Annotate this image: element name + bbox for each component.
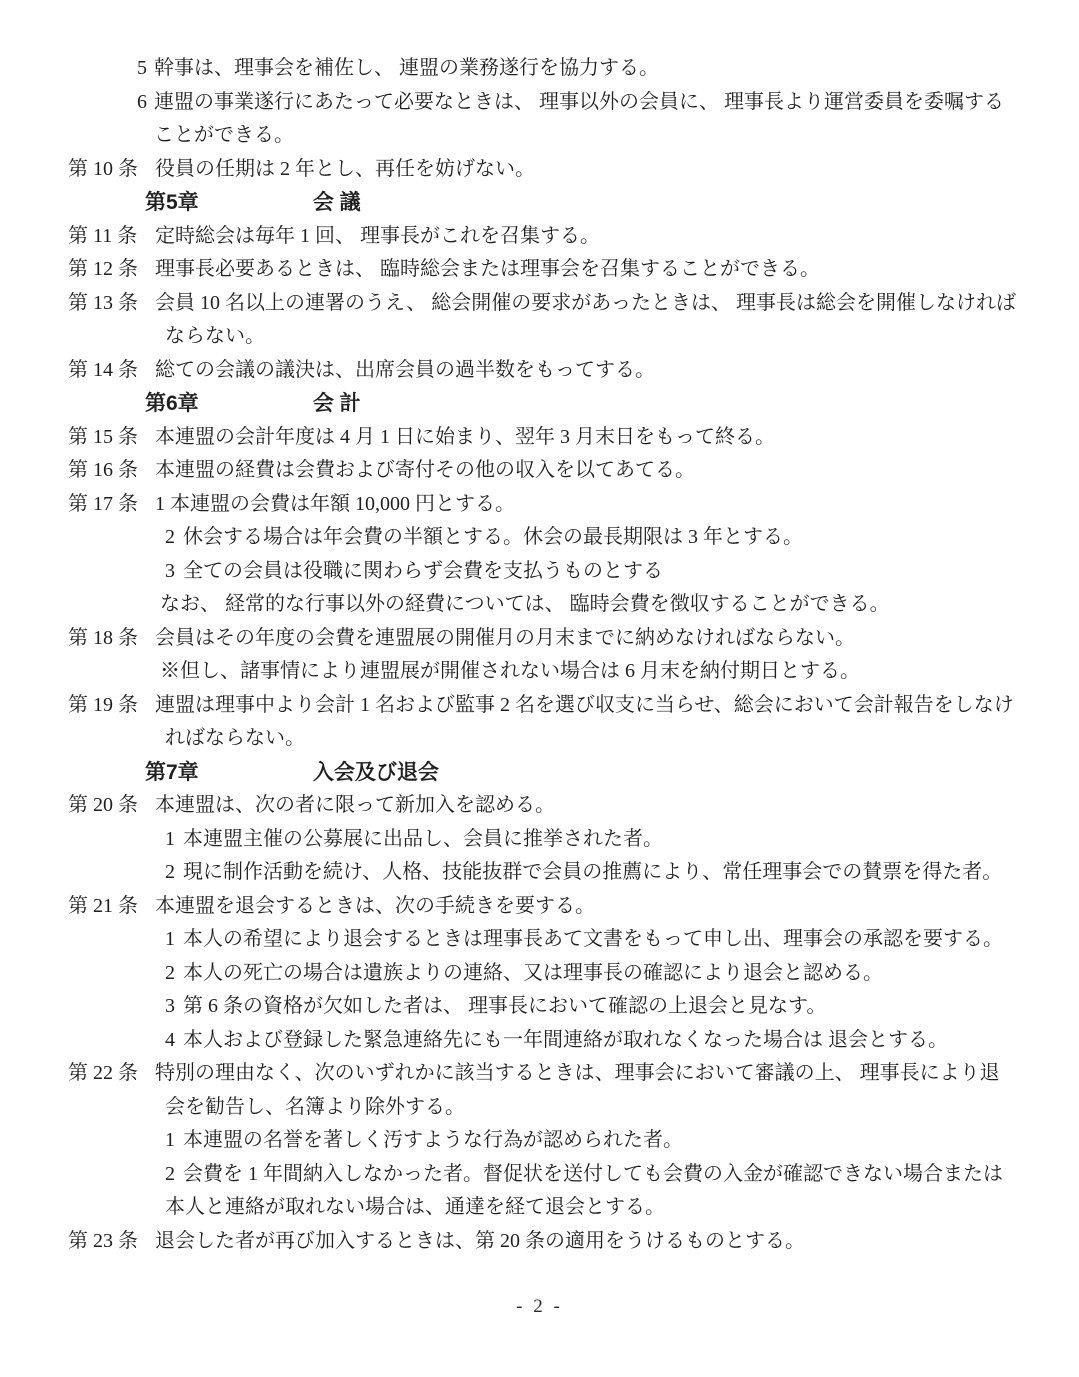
clause-item-number: 6 [137, 91, 147, 113]
article-line: 第 16 条 本連盟の経費は会費および寄付その他の収入を以てあてる。 [68, 454, 1016, 488]
article-line: 第 14 条 総ての会議の議決は、出席会員の過半数をもってする。 [68, 354, 1016, 388]
page-number: - 2 - [0, 1296, 1079, 1318]
article-number: 第 13 条 [68, 287, 155, 321]
article-number: 第 12 条 [68, 253, 155, 287]
article-line: 第 22 条 特別の理由なく、次のいずれかに該当するときは、理事会において審議の… [68, 1057, 1016, 1124]
clause-item-line: 2本人の死亡の場合は遺族よりの連絡、又は理事長の確認により退会と認める。 [165, 957, 1016, 991]
article-number: 第 15 条 [68, 421, 155, 455]
article-number: 第 10 条 [68, 153, 155, 187]
clause-item-number: 2 [165, 962, 175, 984]
chapter-label: 第5章 [145, 186, 307, 220]
clause-item-line: 1本連盟主催の公募展に出品し、会員に推挙された者。 [165, 823, 1016, 857]
clause-item-number: 3 [165, 560, 175, 582]
note-line: ※但し、諸事情により連盟展が開催されない場合は 6 月末を納付期日とする。 [160, 655, 1016, 689]
clause-item-text: 本連盟の名誉を著しく汚すような行為が認められた者。 [183, 1129, 683, 1151]
clause-item-text: 連盟の事業遂行にあたって必要なときは、 理事以外の会員に、 理事長より運営委員を… [154, 91, 1004, 147]
clause-item-text: 第 6 条の資格が欠如した者は、 理事長において確認の上退会と見なす。 [183, 995, 826, 1017]
article-number: 第 19 条 [68, 689, 155, 723]
clause-item-number: 2 [165, 861, 175, 883]
article-text: 定時総会は毎年 1 回、 理事長がこれを召集する。 [155, 220, 1016, 254]
article-line: 第 20 条 本連盟は、次の者に限って新加入を認める。 [68, 789, 1016, 823]
article-line: 第 15 条 本連盟の会計年度は 4 月 1 日に始まり、翌年 3 月末日をもっ… [68, 421, 1016, 455]
note-line: なお、 経常的な行事以外の経費については、 臨時会費を徴収することができる。 [160, 588, 1016, 622]
chapter-label: 第6章 [145, 387, 307, 421]
clause-item-line: 2会費を 1 年間納入しなかった者。督促状を送付しても会費の入金が確認できない場… [165, 1158, 1016, 1225]
article-text: 連盟は理事中より会計 1 名および監事 2 名を選び収支に当らせ、総会において会… [155, 689, 1016, 756]
article-text: 総ての会議の議決は、出席会員の過半数をもってする。 [155, 354, 1016, 388]
article-text: 退会した者が再び加入するときは、第 20 条の適用をうけるものとする。 [155, 1225, 1016, 1259]
article-text: 会員はその年度の会費を連盟展の開催月の月末までに納めなければならない。 [155, 622, 1016, 656]
article-line: 第 12 条 理事長必要あるときは、 臨時総会または理事会を召集することができる… [68, 253, 1016, 287]
article-number: 第 16 条 [68, 454, 155, 488]
clause-item-line: 6連盟の事業遂行にあたって必要なときは、 理事以外の会員に、 理事長より運営委員… [137, 86, 1016, 153]
clause-item-number: 1 [165, 928, 175, 950]
clause-item-text: 全ての会員は役職に関わらず会費を支払うものとする [183, 560, 663, 582]
article-line: 第 19 条 連盟は理事中より会計 1 名および監事 2 名を選び収支に当らせ、… [68, 689, 1016, 756]
clause-item-text: 本人および登録した緊急連絡先にも一年間連絡が取れなくなった場合は 退会とする。 [183, 1029, 948, 1051]
clause-item-number: 1 [165, 1129, 175, 1151]
article-number: 第 22 条 [68, 1057, 155, 1091]
note-text: ※但し、諸事情により連盟展が開催されない場合は 6 月末を納付期日とする。 [160, 660, 860, 682]
clause-item-line: 3第 6 条の資格が欠如した者は、 理事長において確認の上退会と見なす。 [165, 990, 1016, 1024]
article-line: 第 10 条 役員の任期は 2 年とし、再任を妨げない。 [68, 153, 1016, 187]
article-text: 役員の任期は 2 年とし、再任を妨げない。 [155, 153, 1016, 187]
article-text: 本連盟の経費は会費および寄付その他の収入を以てあてる。 [155, 454, 1016, 488]
article-line: 第 17 条 1 本連盟の会費は年額 10,000 円とする。 [68, 488, 1016, 522]
clause-item-text: 本人の希望により退会するときは理事長あて文書をもって申し出、理事会の承認を要する… [183, 928, 1003, 950]
clause-item-number: 5 [137, 57, 147, 79]
document-page: 5幹事は、理事会を補佐し、 連盟の業務遂行を協力する。 6連盟の事業遂行にあたっ… [0, 0, 1079, 1377]
article-line: 第 23 条 退会した者が再び加入するときは、第 20 条の適用をうけるものとす… [68, 1225, 1016, 1259]
clause-item-line: 5幹事は、理事会を補佐し、 連盟の業務遂行を協力する。 [137, 52, 1016, 86]
chapter-title: 入会及び退会 [313, 761, 439, 784]
article-line: 第 11 条 定時総会は毎年 1 回、 理事長がこれを召集する。 [68, 220, 1016, 254]
article-text: 特別の理由なく、次のいずれかに該当するときは、理事会において審議の上、 理事長に… [155, 1057, 1016, 1124]
article-text: 本連盟を退会するときは、次の手続きを要する。 [155, 890, 1016, 924]
clause-item-number: 2 [165, 1163, 175, 1185]
article-number: 第 21 条 [68, 890, 155, 924]
clause-item-line: 2現に制作活動を続け、人格、技能抜群で会員の推薦により、常任理事会での賛票を得た… [165, 856, 1016, 890]
article-text: 理事長必要あるときは、 臨時総会または理事会を召集することができる。 [155, 253, 1016, 287]
article-text: 会員 10 名以上の連署のうえ、 総会開催の要求があったときは、 理事長は総会を… [155, 287, 1016, 354]
clause-item-text: 休会する場合は年会費の半額とする。休会の最長期限は 3 年とする。 [183, 526, 803, 548]
article-number: 第 20 条 [68, 789, 155, 823]
chapter-label: 第7章 [145, 756, 307, 790]
article-number: 第 14 条 [68, 354, 155, 388]
clause-item-line: 1本人の希望により退会するときは理事長あて文書をもって申し出、理事会の承認を要す… [165, 923, 1016, 957]
article-number: 第 23 条 [68, 1225, 155, 1259]
chapter-heading: 第5章 会 議 [68, 186, 1016, 220]
document-content: 5幹事は、理事会を補佐し、 連盟の業務遂行を協力する。 6連盟の事業遂行にあたっ… [68, 52, 1016, 1258]
article-text: 本連盟の会計年度は 4 月 1 日に始まり、翌年 3 月末日をもって終る。 [155, 421, 1016, 455]
clause-item-text: 会費を 1 年間納入しなかった者。督促状を送付しても会費の入金が確認できない場合… [165, 1163, 1003, 1219]
chapter-title: 会 計 [313, 392, 361, 415]
article-text: 本連盟は、次の者に限って新加入を認める。 [155, 789, 1016, 823]
chapter-heading: 第7章 入会及び退会 [68, 756, 1016, 790]
clause-item-line: 3全ての会員は役職に関わらず会費を支払うものとする [165, 555, 1016, 589]
clause-item-number: 1 [165, 828, 175, 850]
clause-item-number: 4 [165, 1029, 175, 1051]
clause-item-line: 2休会する場合は年会費の半額とする。休会の最長期限は 3 年とする。 [165, 521, 1016, 555]
chapter-title: 会 議 [313, 191, 361, 214]
clause-item-number: 2 [165, 526, 175, 548]
clause-item-line: 4本人および登録した緊急連絡先にも一年間連絡が取れなくなった場合は 退会とする。 [165, 1024, 1016, 1058]
clause-item-number: 3 [165, 995, 175, 1017]
article-number: 第 17 条 [68, 488, 155, 522]
clause-item-text: 現に制作活動を続け、人格、技能抜群で会員の推薦により、常任理事会での賛票を得た者… [183, 861, 1002, 883]
note-text: なお、 経常的な行事以外の経費については、 臨時会費を徴収することができる。 [160, 593, 890, 615]
clause-item-line: 1本連盟の名誉を著しく汚すような行為が認められた者。 [165, 1124, 1016, 1158]
article-number: 第 11 条 [68, 220, 155, 254]
clause-item-text: 幹事は、理事会を補佐し、 連盟の業務遂行を協力する。 [154, 57, 659, 79]
article-line: 第 18 条 会員はその年度の会費を連盟展の開催月の月末までに納めなければならな… [68, 622, 1016, 656]
article-line: 第 21 条 本連盟を退会するときは、次の手続きを要する。 [68, 890, 1016, 924]
clause-item-text: 本連盟主催の公募展に出品し、会員に推挙された者。 [183, 828, 663, 850]
article-line: 第 13 条 会員 10 名以上の連署のうえ、 総会開催の要求があったときは、 … [68, 287, 1016, 354]
clause-item-text: 本人の死亡の場合は遺族よりの連絡、又は理事長の確認により退会と認める。 [183, 962, 883, 984]
chapter-heading: 第6章 会 計 [68, 387, 1016, 421]
article-text: 1 本連盟の会費は年額 10,000 円とする。 [155, 488, 1016, 522]
article-number: 第 18 条 [68, 622, 155, 656]
